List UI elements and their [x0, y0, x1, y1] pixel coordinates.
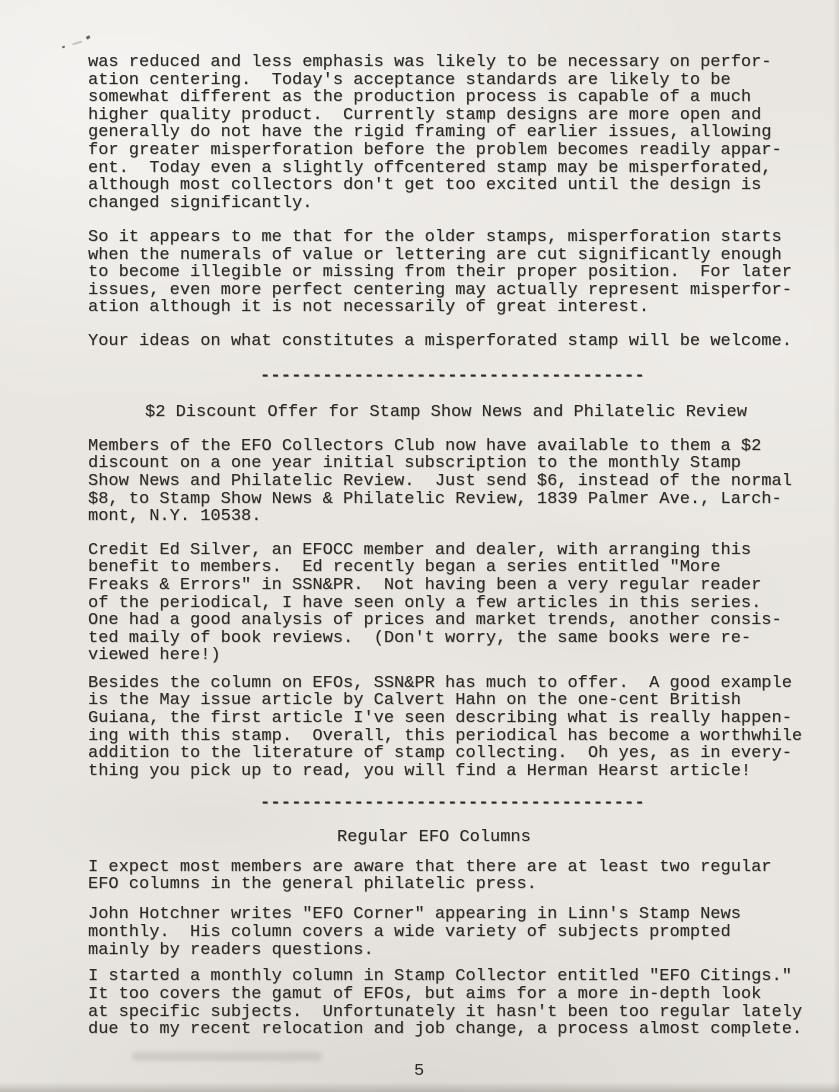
scanned-page: was reduced and less emphasis was likely…	[0, 0, 839, 1092]
ink-smudge	[132, 1052, 322, 1061]
section-heading-discount-offer: $2 Discount Offer for Stamp Show News an…	[145, 404, 818, 422]
pen-scratch-mark	[62, 46, 66, 49]
body-paragraph: was reduced and less emphasis was likely…	[88, 54, 818, 212]
section-separator: -------------------------------------	[260, 368, 818, 386]
body-paragraph: I started a monthly column in Stamp Coll…	[88, 968, 818, 1038]
page-number: 5	[414, 1063, 424, 1081]
section-separator: -------------------------------------	[260, 795, 818, 813]
paper-edge-shadow	[833, 0, 839, 1092]
body-paragraph: Credit Ed Silver, an EFOCC member and de…	[88, 542, 818, 665]
paper-edge-shadow	[0, 1082, 839, 1092]
pen-scratch-mark	[86, 35, 91, 39]
page-body: was reduced and less emphasis was likely…	[88, 54, 818, 1039]
body-paragraph: Your ideas on what constitutes a misperf…	[88, 333, 818, 351]
body-paragraph: Besides the column on EFOs, SSN&PR has m…	[88, 675, 818, 781]
body-paragraph: So it appears to me that for the older s…	[88, 229, 818, 317]
body-paragraph: Members of the EFO Collectors Club now h…	[88, 438, 818, 526]
body-paragraph: John Hotchner writes "EFO Corner" appear…	[88, 906, 818, 959]
body-paragraph: I expect most members are aware that the…	[88, 859, 818, 894]
pen-scratch-mark	[72, 40, 82, 45]
section-heading-regular-columns: Regular EFO Columns	[337, 829, 818, 847]
